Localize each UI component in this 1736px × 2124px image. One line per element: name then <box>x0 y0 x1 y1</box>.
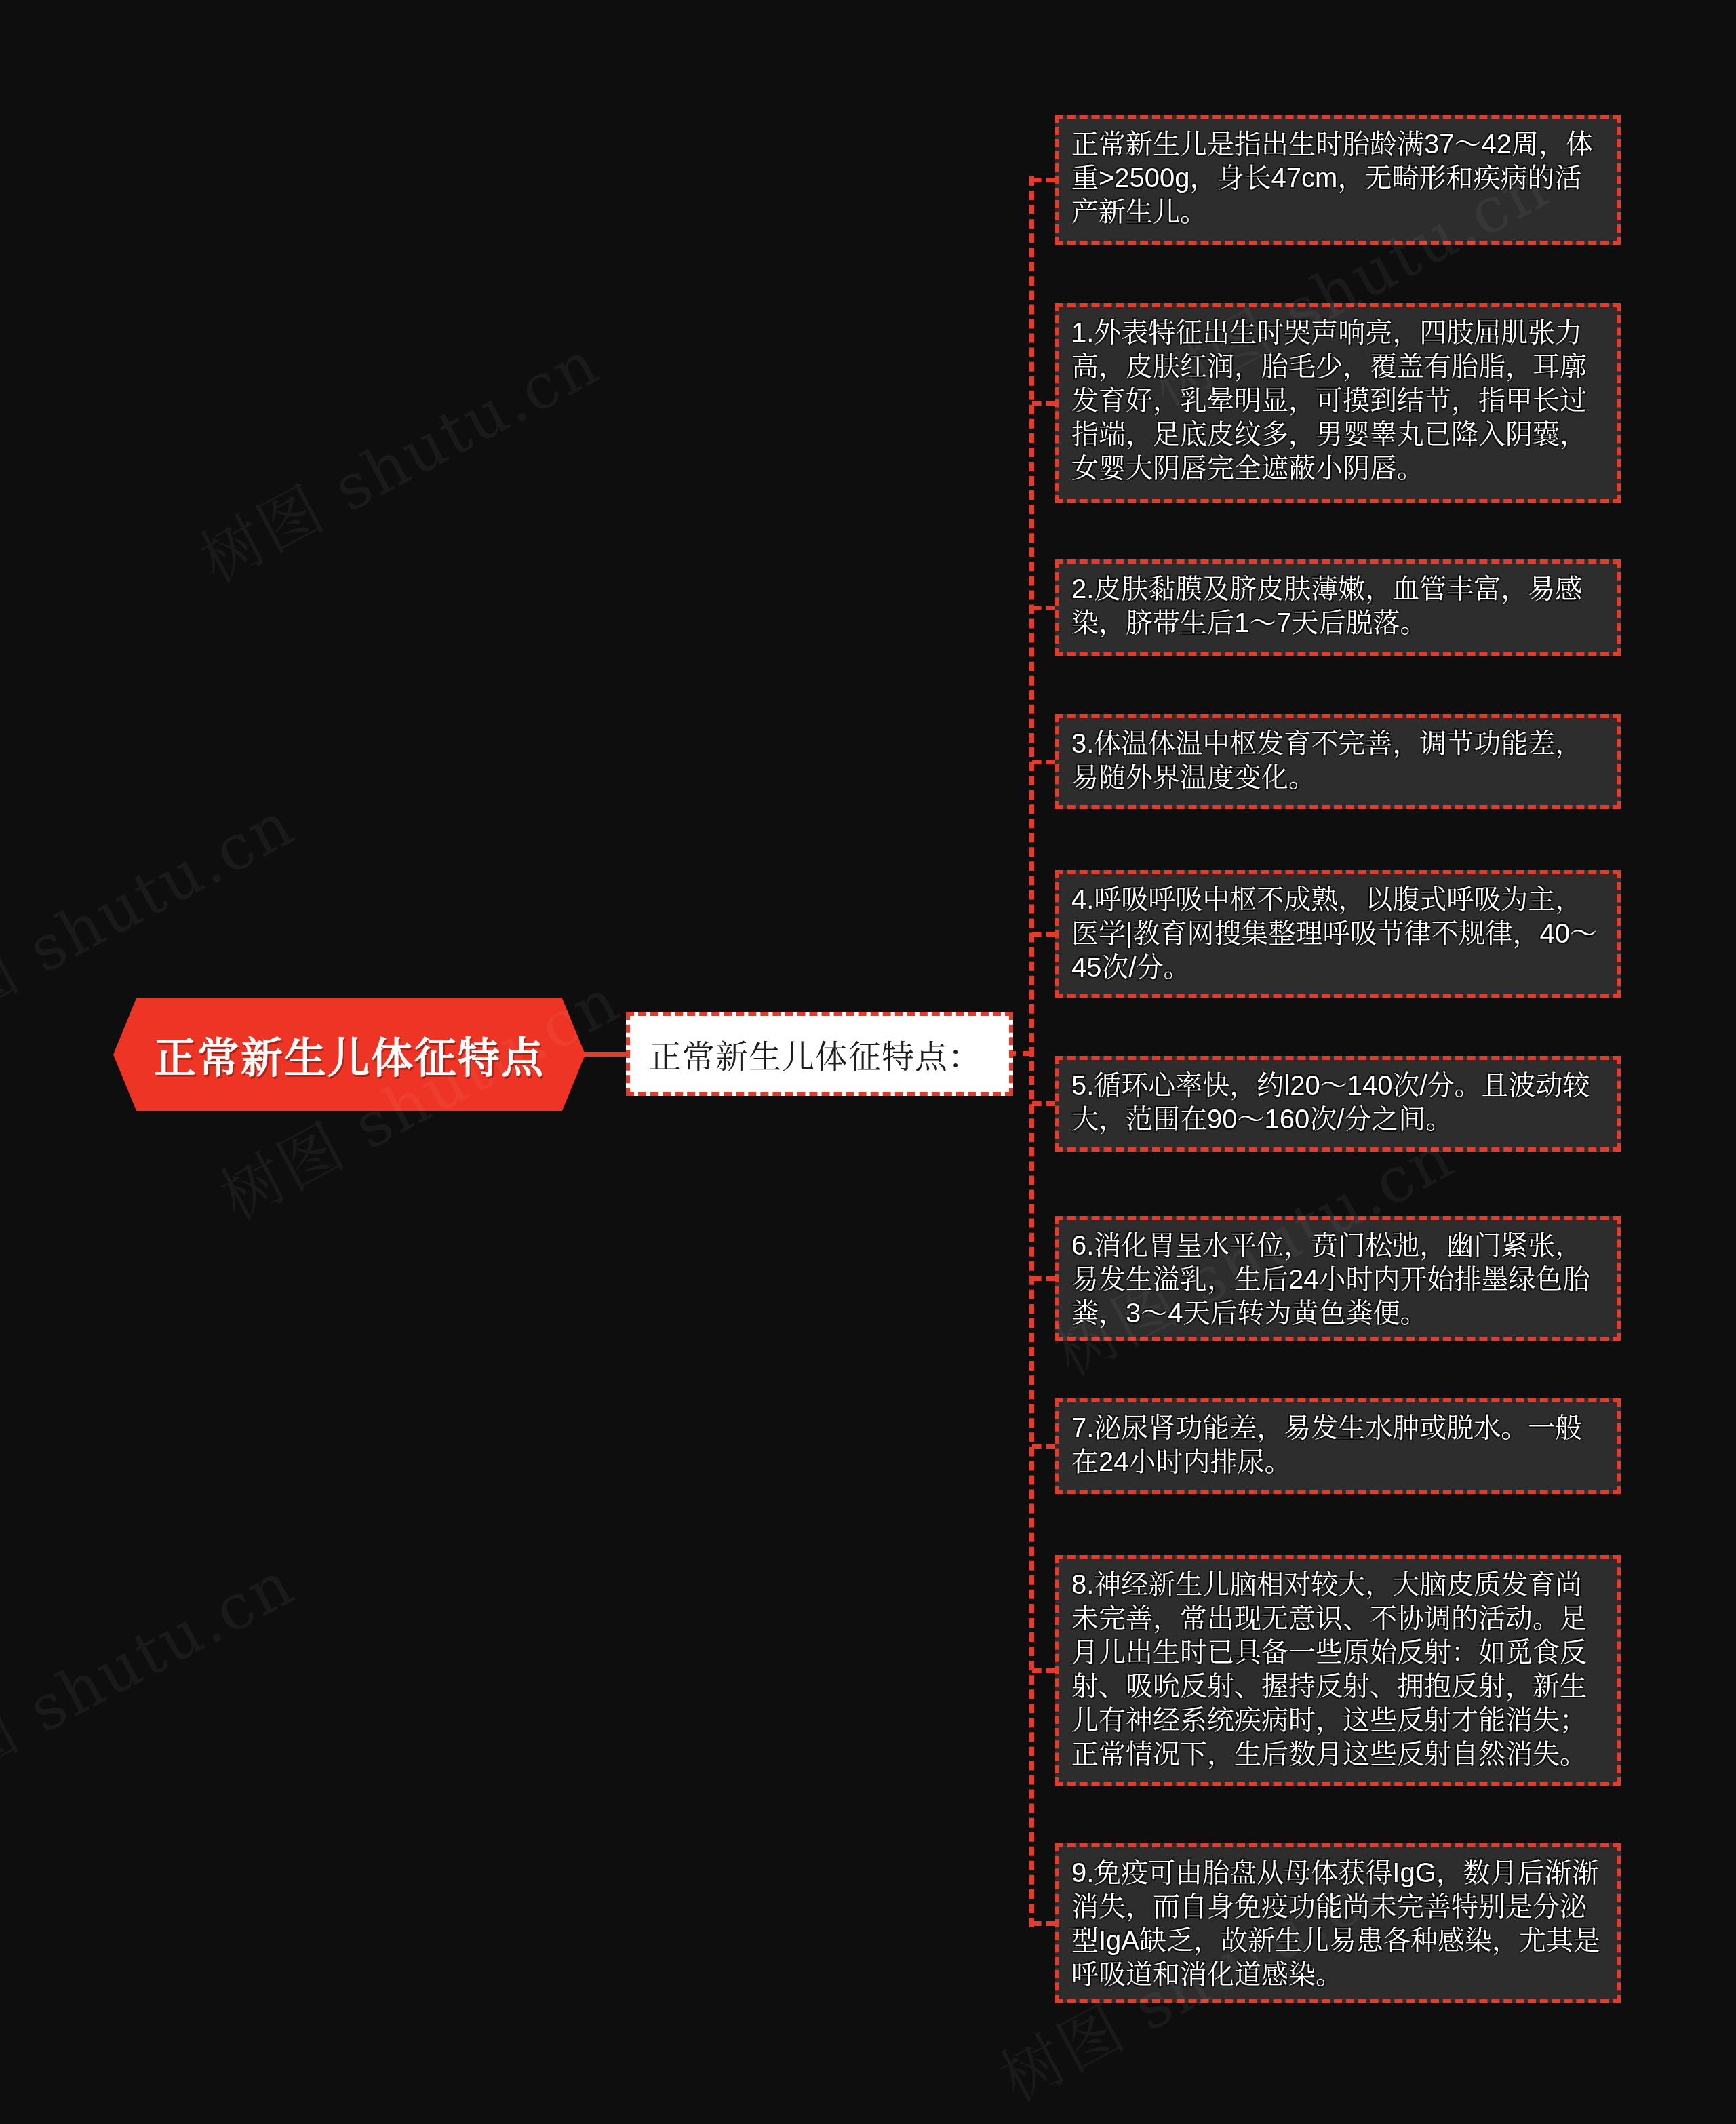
connector-stub-10 <box>1032 1921 1055 1926</box>
mindmap-canvas: 树图 shutu.cn 树图 shutu.cn 树图 shutu.cn 树图 s… <box>0 0 1736 2124</box>
connector-stub-6 <box>1032 1101 1055 1106</box>
connector-stub-3 <box>1032 606 1055 610</box>
root-node[interactable]: 正常新生儿体征特点 <box>113 998 585 1111</box>
connector-stub-7 <box>1032 1276 1055 1281</box>
branch-node-urinary[interactable]: 7.泌尿肾功能差，易发生水肿或脱水。一般在24小时内排尿。 <box>1055 1398 1621 1494</box>
branch-node-immunity[interactable]: 9.免疫可由胎盘从母体获得IgG，数月后渐渐消失，而自身免疫功能尚未完善特别是分… <box>1055 1843 1621 2003</box>
branch-node-intro[interactable]: 正常新生儿是指出生时胎龄满37～42周，体重>2500g，身长47cm，无畸形和… <box>1055 115 1621 245</box>
connector-stub-2 <box>1032 401 1055 406</box>
branch-node-breathing[interactable]: 4.呼吸呼吸中枢不成熟，以腹式呼吸为主，医学|教育网搜集整理呼吸节律不规律，40… <box>1055 870 1621 998</box>
branch-node-appearance[interactable]: 1.外表特征出生时哭声响亮，四肢屈肌张力高，皮肤红润，胎毛少，覆盖有胎脂，耳廓发… <box>1055 303 1621 503</box>
watermark-text: 树图 shutu.cn <box>0 1535 307 1820</box>
connector-root-to-hub <box>582 1052 632 1057</box>
branch-node-circulation[interactable]: 5.循环心率快，约l20～140次/分。且波动较大，范围在90～160次/分之间… <box>1055 1056 1621 1152</box>
connector-stub-8 <box>1032 1444 1055 1449</box>
connector-stub-4 <box>1032 760 1055 764</box>
branch-node-temperature[interactable]: 3.体温体温中枢发育不完善，调节功能差，易随外界温度变化。 <box>1055 714 1621 809</box>
connector-stub-1 <box>1032 178 1055 182</box>
hub-node[interactable]: 正常新生儿体征特点： <box>626 1012 1013 1096</box>
hub-node-label: 正常新生儿体征特点： <box>649 1031 981 1078</box>
connector-stub-9 <box>1032 1668 1055 1673</box>
branch-node-digestion[interactable]: 6.消化胃呈水平位，贲门松弛，幽门紧张，易发生溢乳，生后24小时内开始排墨绿色胎… <box>1055 1216 1621 1341</box>
watermark-text: 树图 shutu.cn <box>182 314 612 599</box>
branch-node-skin[interactable]: 2.皮肤黏膜及脐皮肤薄嫩，血管丰富，易感染，脐带生后1～7天后脱落。 <box>1055 559 1621 656</box>
root-node-label: 正常新生儿体征特点 <box>154 1025 545 1085</box>
branch-node-nervous[interactable]: 8.神经新生儿脑相对较大，大脑皮质发育尚未完善，常出现无意识、不协调的活动。足月… <box>1055 1555 1621 1786</box>
connector-stub-5 <box>1032 932 1055 937</box>
